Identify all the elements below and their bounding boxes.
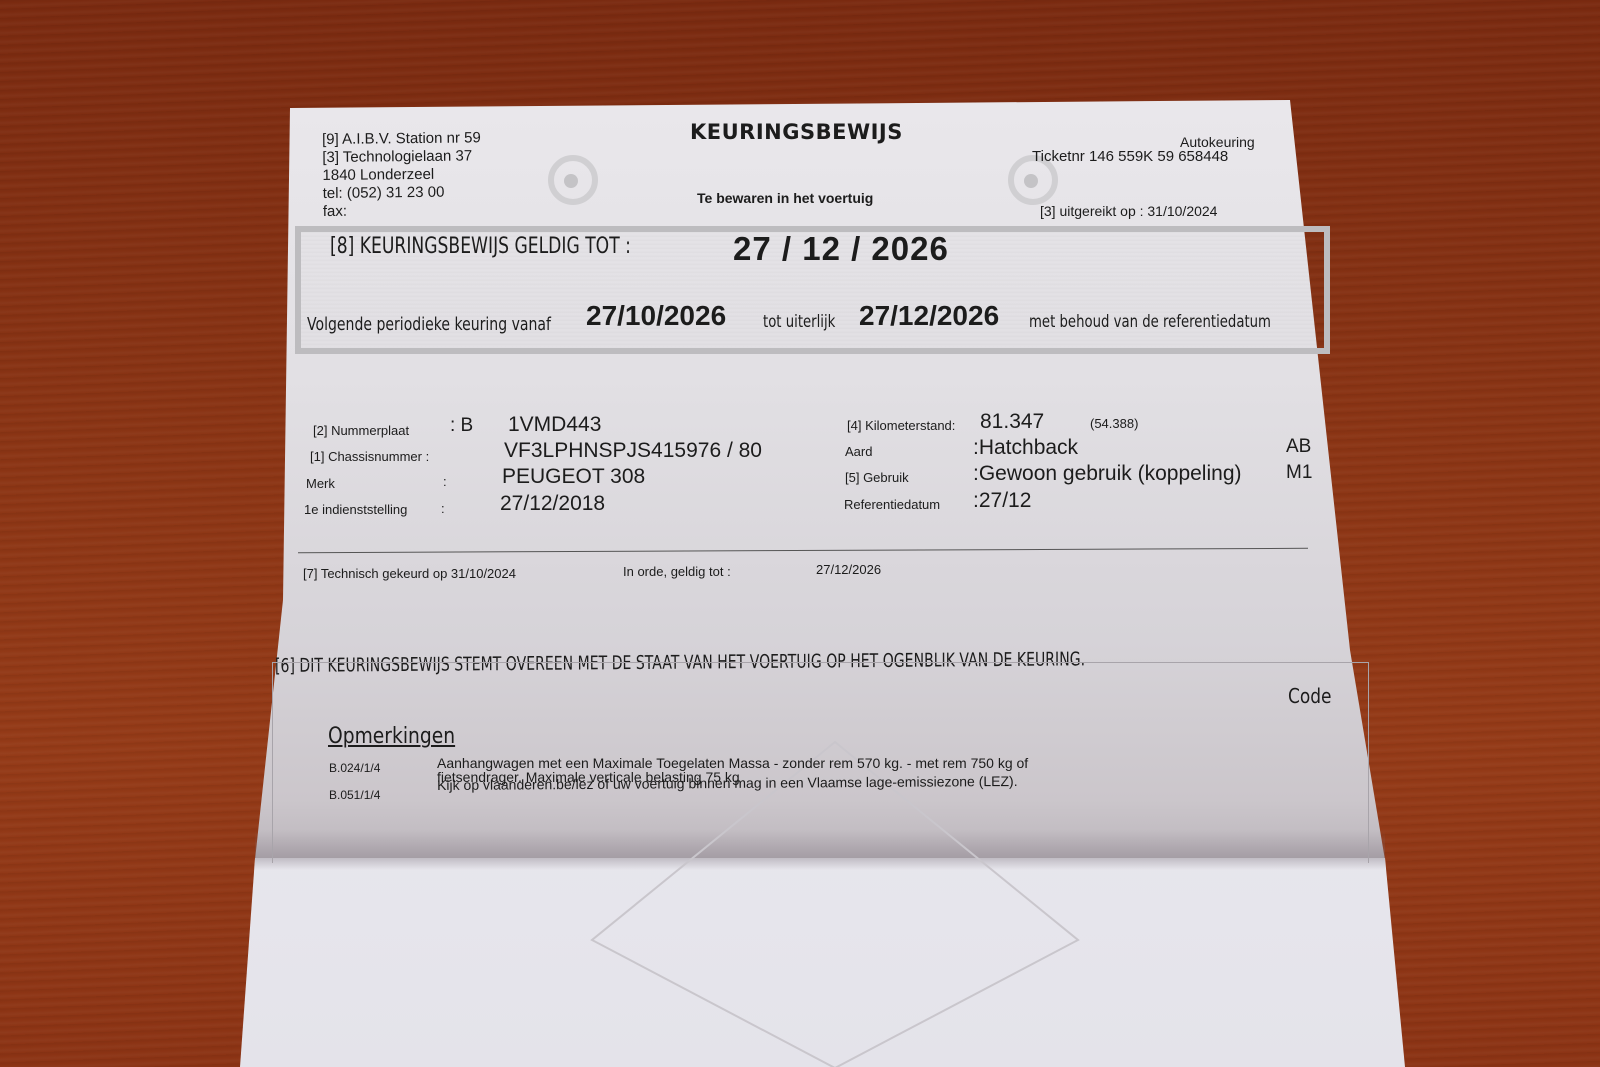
- code-header: Code: [1288, 684, 1332, 708]
- next-inspection-to: 27/12/2026: [859, 300, 999, 332]
- mileage-value: 81.347: [980, 410, 1044, 434]
- body-type-label: Aard: [845, 444, 872, 459]
- plate-country: : B: [450, 415, 473, 437]
- first-registration-sep: :: [441, 501, 445, 516]
- remark-code: B.051/1/4: [329, 788, 380, 802]
- chassis-label: [1] Chassisnummer :: [310, 449, 429, 464]
- document-title: KEURINGSBEWIJS: [690, 120, 903, 144]
- issue-date: [3] uitgereikt op : 31/10/2024: [1040, 202, 1217, 220]
- validity-date: 27 / 12 / 2026: [733, 230, 949, 268]
- technical-valid-until: 27/12/2026: [816, 562, 881, 577]
- plate-label: [2] Nummerplaat: [313, 423, 409, 438]
- remark-text-line: Aanhangwagen met een Maximale Toegelaten…: [437, 756, 1028, 770]
- remarks-title: Opmerkingen: [328, 724, 455, 749]
- usage-code: M1: [1286, 462, 1312, 484]
- next-inspection-prefix: Volgende periodieke keuring vanaf: [307, 314, 551, 335]
- next-inspection-mid: tot uiterlijk: [763, 312, 835, 332]
- station-name: [9] A.I.B.V. Station nr 59: [322, 129, 481, 149]
- first-registration-date: 27/12/2018: [500, 492, 605, 516]
- next-inspection-suffix: met behoud van de referentiedatum: [1029, 312, 1271, 332]
- station-street: [3] Technologielaan 37: [322, 147, 481, 167]
- next-inspection-from: 27/10/2026: [586, 300, 726, 332]
- remark-code: B.024/1/4: [329, 761, 380, 775]
- plate-number: 1VMD443: [508, 413, 601, 437]
- ticket-number: Ticketnr 146 559K 59 658448: [1032, 148, 1228, 166]
- station-address: [9] A.I.B.V. Station nr 59 [3] Technolog…: [322, 129, 482, 221]
- usage-label: [5] Gebruik: [845, 470, 909, 485]
- validity-label: [8] KEURINGSBEWIJS GELDIG TOT :: [330, 234, 631, 259]
- make-sep: :: [443, 474, 447, 489]
- station-tel: tel: (052) 31 23 00: [323, 183, 482, 203]
- station-city: 1840 Londerzeel: [322, 165, 481, 185]
- technical-status: In orde, geldig tot :: [623, 564, 731, 579]
- document-background: [9] A.I.B.V. Station nr 59 [3] Technolog…: [0, 0, 1600, 1067]
- body-type-value: :Hatchback: [973, 436, 1078, 460]
- body-type-code: AB: [1286, 436, 1311, 458]
- watermark-logo-icon: [548, 155, 598, 205]
- technical-check-date: [7] Technisch gekeurd op 31/10/2024: [303, 566, 516, 581]
- previous-mileage: (54.388): [1090, 416, 1138, 431]
- remark-text: Kijk op vlaanderen.be/lez of uw voertuig…: [437, 774, 1018, 792]
- reference-date-value: :27/12: [973, 489, 1031, 513]
- chassis-number: VF3LPHNSPJS415976 / 80: [504, 439, 762, 463]
- mileage-label: [4] Kilometerstand:: [847, 418, 955, 433]
- make-label: Merk: [306, 476, 335, 491]
- make-model: PEUGEOT 308: [502, 465, 645, 489]
- document-subtitle: Te bewaren in het voertuig: [697, 190, 873, 206]
- first-registration-label: 1e indienststelling: [304, 502, 407, 517]
- usage-value: :Gewoon gebruik (koppeling): [973, 462, 1242, 486]
- reference-date-label: Referentiedatum: [844, 497, 940, 512]
- station-fax: fax:: [323, 201, 482, 221]
